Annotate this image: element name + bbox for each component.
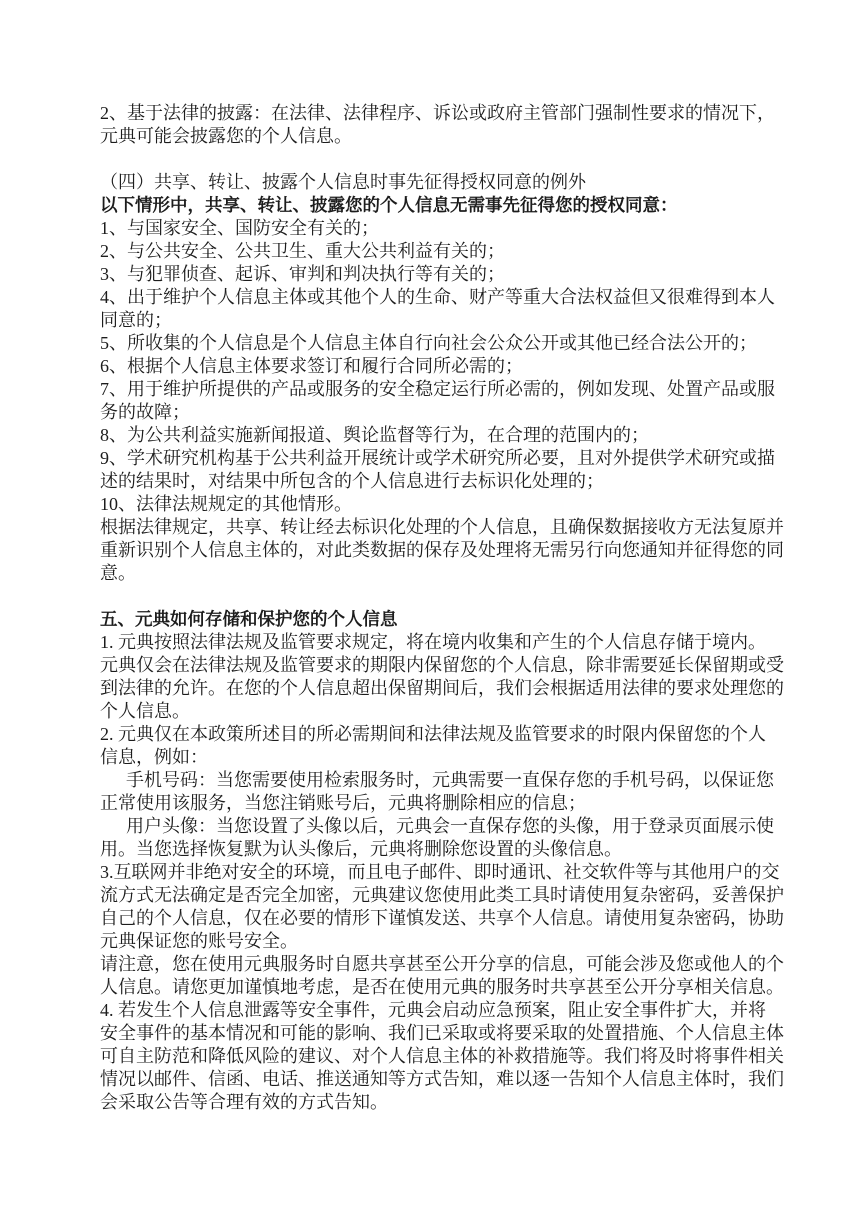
text-line: 7、用于维护所提供的产品或服务的安全稳定运行所必需的，例如发现、处置产品或服 [100, 378, 786, 401]
text-line: 4、出于维护个人信息主体或其他个人的生命、财产等重大合法权益但又很难得到本人 [100, 286, 786, 309]
text-line: 2. 元典仅在本政策所述目的所必需期间和法律法规及监管要求的时限内保留您的个人 [100, 723, 786, 746]
text-line: 元典仅会在法律法规及监管要求的期限内保留您的个人信息，除非需要延长保留期或受 [100, 654, 786, 677]
text-line: 正常使用该服务，当您注销账号后，元典将删除相应的信息； [100, 792, 786, 815]
text-line: 流方式无法确定是否完全加密，元典建议您使用此类工具时请使用复杂密码，妥善保护 [100, 884, 786, 907]
text-line: 根据法律规定，共享、转让经去标识化处理的个人信息，且确保数据接收方无法复原并 [100, 516, 786, 539]
text-line: 4. 若发生个人信息泄露等安全事件，元典会启动应急预案，阻止安全事件扩大，并将 [100, 999, 786, 1022]
text-line: 2、基于法律的披露：在法律、法律程序、诉讼或政府主管部门强制性要求的情况下， [100, 102, 786, 125]
text-line: 自己的个人信息，仅在必要的情形下谨慎发送、共享个人信息。请使用复杂密码，协助 [100, 907, 786, 930]
text-line: 务的故障； [100, 401, 786, 424]
text-line: 重新识别个人信息主体的，对此类数据的保存及处理将无需另行向您通知并征得您的同 [100, 539, 786, 562]
text-line: 5、所收集的个人信息是个人信息主体自行向社会公众公开或其他已经合法公开的； [100, 332, 786, 355]
text-line: 3、与犯罪侦查、起诉、审判和判决执行等有关的； [100, 263, 786, 286]
text-line: 元典可能会披露您的个人信息。 [100, 125, 786, 148]
text-line: 1、与国家安全、国防安全有关的； [100, 217, 786, 240]
text-line: 会采取公告等合理有效的方式告知。 [100, 1091, 786, 1114]
text-line: 用。当您选择恢复默为认头像后，元典将删除您设置的头像信息。 [100, 838, 786, 861]
text-line: 3.互联网并非绝对安全的环境，而且电子邮件、即时通讯、社交软件等与其他用户的交 [100, 861, 786, 884]
text-line: 个人信息。 [100, 700, 786, 723]
text-line: 情况以邮件、信函、电话、推送通知等方式告知，难以逐一告知个人信息主体时，我们 [100, 1068, 786, 1091]
text-line: 6、根据个人信息主体要求签订和履行合同所必需的； [100, 355, 786, 378]
text-line: 可自主防范和降低风险的建议、对个人信息主体的补救措施等。我们将及时将事件相关 [100, 1045, 786, 1068]
text-line: 以下情形中，共享、转让、披露您的个人信息无需事先征得您的授权同意： [100, 194, 786, 217]
text-line: 手机号码：当您需要使用检索服务时，元典需要一直保存您的手机号码，以保证您 [100, 769, 786, 792]
text-line: 意。 [100, 562, 786, 585]
text-line: 到法律的允许。在您的个人信息超出保留期间后，我们会根据适用法律的要求处理您的 [100, 677, 786, 700]
text-line: 2、与公共安全、公共卫生、重大公共利益有关的； [100, 240, 786, 263]
text-line: 9、学术研究机构基于公共利益开展统计或学术研究所必要，且对外提供学术研究或描 [100, 447, 786, 470]
text-line: 10、法律法规规定的其他情形。 [100, 493, 786, 516]
text-line: 8、为公共利益实施新闻报道、舆论监督等行为，在合理的范围内的； [100, 424, 786, 447]
text-line: （四）共享、转让、披露个人信息时事先征得授权同意的例外 [100, 171, 786, 194]
text-line: 述的结果时，对结果中所包含的个人信息进行去标识化处理的； [100, 470, 786, 493]
text-line: 同意的； [100, 309, 786, 332]
text-line: 五、元典如何存储和保护您的个人信息 [100, 608, 786, 631]
text-line: 信息，例如： [100, 746, 786, 769]
document-page: 2、基于法律的披露：在法律、法律程序、诉讼或政府主管部门强制性要求的情况下，元典… [0, 0, 868, 1227]
text-line: 安全事件的基本情况和可能的影响、我们已采取或将要采取的处置措施、个人信息主体 [100, 1022, 786, 1045]
document-body: 2、基于法律的披露：在法律、法律程序、诉讼或政府主管部门强制性要求的情况下，元典… [100, 102, 786, 1114]
text-line: 人信息。请您更加谨慎地考虑，是否在使用元典的服务时共享甚至公开分享相关信息。 [100, 976, 786, 999]
text-line: 元典保证您的账号安全。 [100, 930, 786, 953]
text-line: 1. 元典按照法律法规及监管要求规定，将在境内收集和产生的个人信息存储于境内。 [100, 631, 786, 654]
text-line: 用户头像：当您设置了头像以后，元典会一直保存您的头像，用于登录页面展示使 [100, 815, 786, 838]
text-line: 请注意，您在使用元典服务时自愿共享甚至公开分享的信息，可能会涉及您或他人的个 [100, 953, 786, 976]
